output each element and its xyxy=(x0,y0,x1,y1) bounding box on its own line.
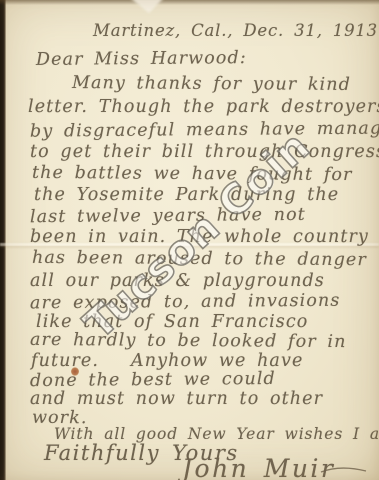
handwritten-line: to get their bill through Congress, xyxy=(30,144,379,162)
letter-scan: Martinez, Cal., Dec. 31, 1913 Dear Miss … xyxy=(0,0,379,480)
dateline: Martinez, Cal., Dec. 31, 1913 xyxy=(93,23,378,40)
handwritten-line: like that of San Francisco xyxy=(36,314,308,332)
scan-edge xyxy=(0,0,6,480)
handwritten-line: and must now turn to other xyxy=(30,391,323,409)
paper-notch xyxy=(130,0,164,13)
handwritten-line: letter. Though the park destroyers xyxy=(28,99,379,117)
scan-top-shadow xyxy=(0,0,379,5)
salutation: Dear Miss Harwood: xyxy=(36,50,247,69)
handwritten-line: done the best we could xyxy=(30,371,276,391)
handwritten-line: are hardly to be looked for in xyxy=(30,332,347,352)
signature: John Muir xyxy=(182,456,335,480)
handwritten-line: future. Anyhow we have xyxy=(31,353,303,371)
handwritten-line: by disgraceful means have managed xyxy=(30,120,379,141)
handwritten-line: last twelve years have not xyxy=(30,207,306,227)
signature-flourish xyxy=(320,466,368,476)
handwritten-line: the Yosemite Park during the xyxy=(34,187,339,205)
handwritten-line: Many thanks for your kind xyxy=(72,75,351,94)
